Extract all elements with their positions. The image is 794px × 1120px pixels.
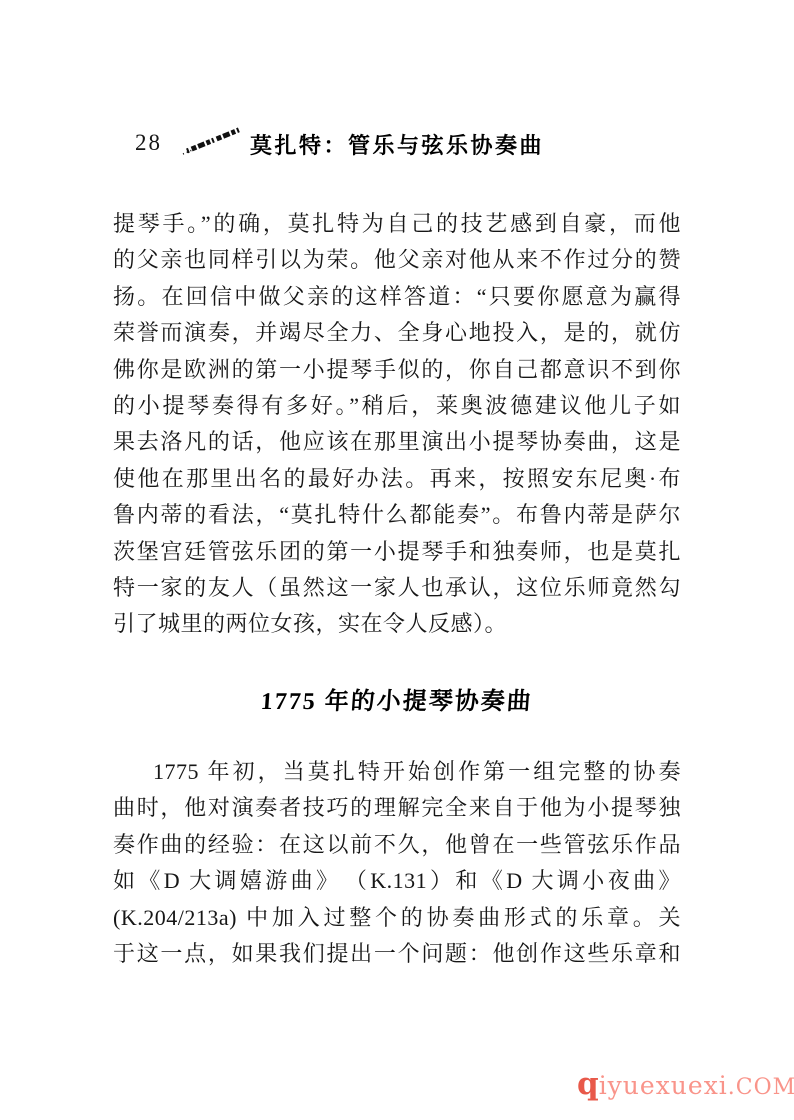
watermark-domain-suffix: .COM	[728, 1075, 794, 1100]
text-line: 鲁内蒂的看法，“莫扎特什么都能奏”。布鲁内蒂是萨尔	[113, 497, 681, 533]
text-line: 提琴手。”的确，莫扎特为自己的技艺感到自豪，而他	[113, 206, 681, 242]
text-line: 使他在那里出名的最好办法。再来，按照安东尼奥·布	[113, 461, 681, 497]
text-line: 如《D 大调嬉游曲》 （K.131）和《D 大调小夜曲》	[113, 863, 681, 899]
text-line: 荣誉而演奏，并竭尽全力、全身心地投入，是的，就仿	[113, 315, 681, 351]
text-line: 奏作曲的经验：在这以前不久，他曾在一些管弦乐作品	[113, 827, 681, 863]
scanned-book-page: 28 莫扎特：管乐与弦乐协奏曲 提琴手。”的确，莫扎特为自己的技艺感到自豪，而他…	[0, 0, 794, 1120]
watermark-initial: q	[577, 1066, 599, 1102]
paragraph-1: 提琴手。”的确，莫扎特为自己的技艺感到自豪，而他 的父亲也同样引以为荣。他父亲对…	[113, 206, 681, 643]
text-line: 的小提琴奏得有多好。”稍后，莱奥波德建议他儿子如	[113, 388, 681, 424]
text-line: 果去洛凡的话，他应该在那里演出小提琴协奏曲，这是	[113, 424, 681, 460]
text-line: (K.204/213a) 中加入过整个的协奏曲形式的乐章。关	[113, 900, 681, 936]
text-line: 1775 年初，当莫扎特开始创作第一组完整的协奏	[113, 754, 681, 790]
text-line: 扬。在回信中做父亲的这样答道：“只要你愿意为赢得	[113, 279, 681, 315]
text-line: 于这一点，如果我们提出一个问题：他创作这些乐章和	[113, 936, 681, 972]
watermark-text: iyuexuexi	[599, 1071, 728, 1100]
text-line: 佛你是欧洲的第一小提琴手似的，你自己都意识不到你	[113, 352, 681, 388]
text-line: 茨堡宫廷管弦乐团的第一小提琴手和独奏师，也是莫扎	[113, 534, 681, 570]
site-watermark: qiyuexuexi.COM	[577, 1066, 794, 1102]
paragraph-2: 1775 年初，当莫扎特开始创作第一组完整的协奏 曲时，他对演奏者技巧的理解完全…	[113, 754, 681, 972]
section-heading: 1775 年的小提琴协奏曲	[112, 681, 682, 716]
text-line: 曲时，他对演奏者技巧的理解完全来自于他为小提琴独	[113, 790, 681, 826]
text-line: 的父亲也同样引以为荣。他父亲对他从来不作过分的赞	[113, 242, 681, 278]
text-line: 引了城里的两位女孩，实在令人反感）。	[113, 606, 681, 642]
book-title: 莫扎特：管乐与弦乐协奏曲	[113, 129, 681, 160]
text-line: 特一家的友人（虽然这一家人也承认，这位乐师竟然勾	[113, 570, 681, 606]
running-head: 28 莫扎特：管乐与弦乐协奏曲	[113, 126, 681, 162]
